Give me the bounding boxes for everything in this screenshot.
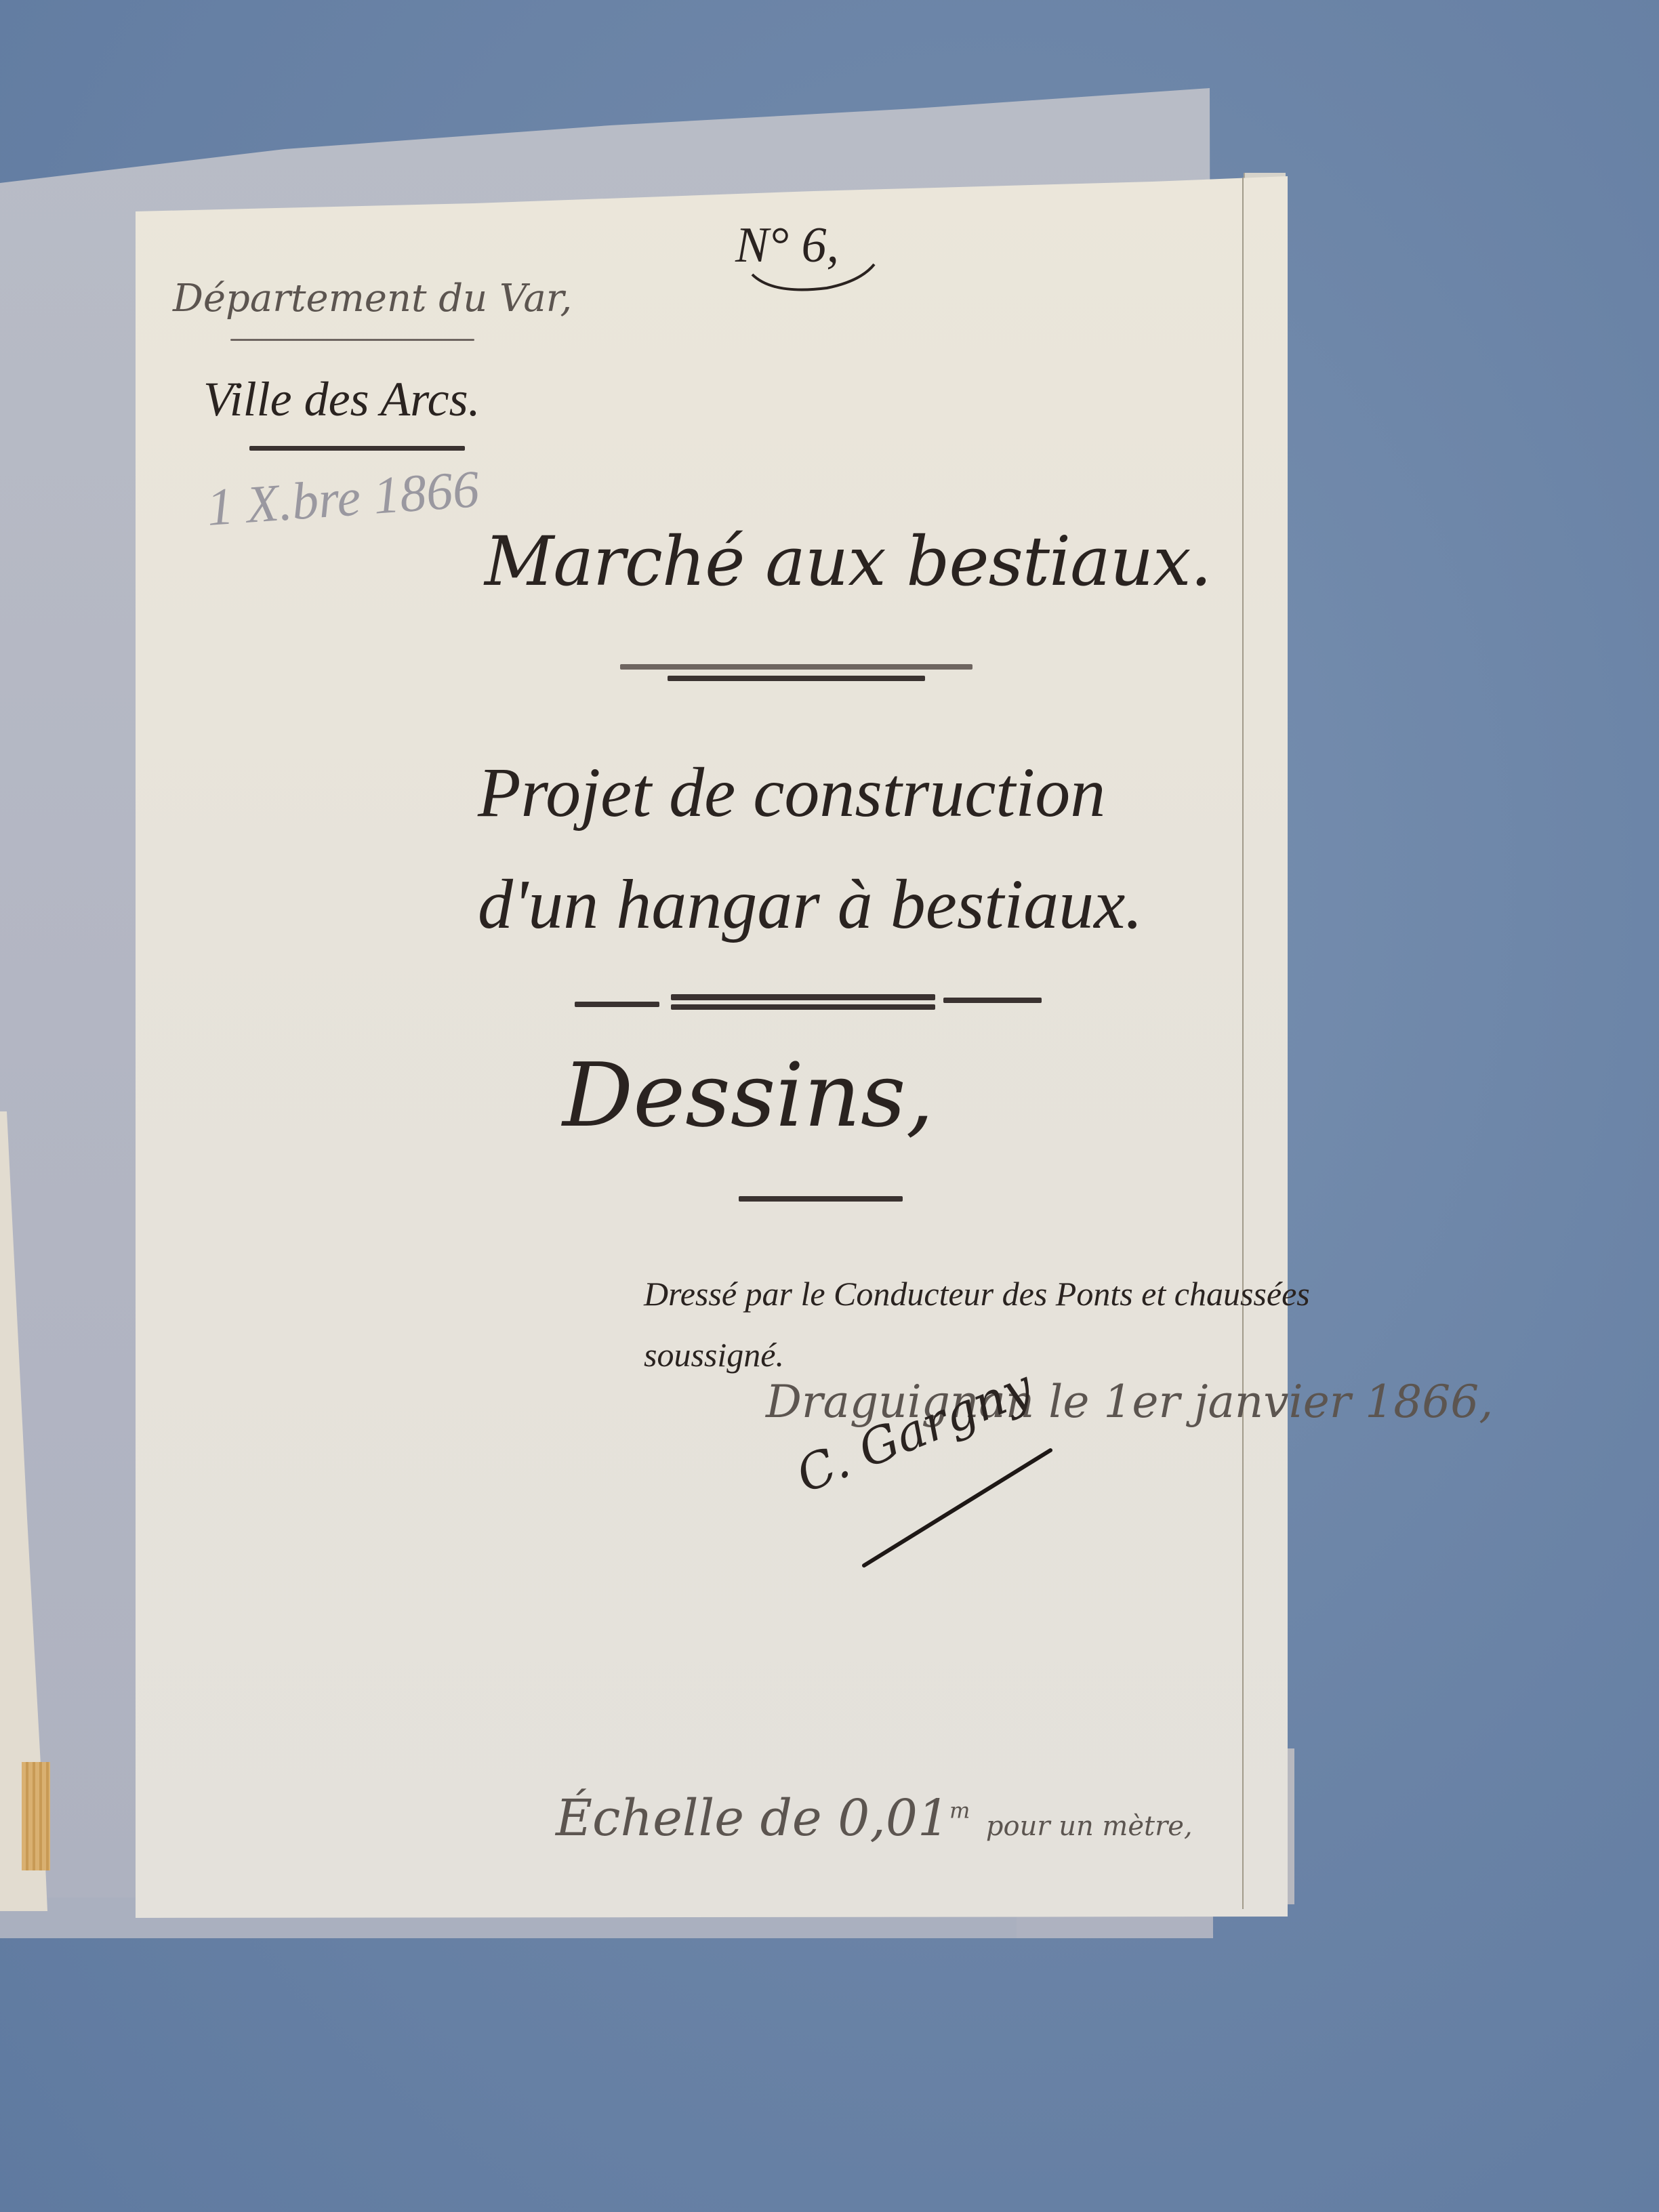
town-underline [249,446,465,451]
department-label: Département du Var, [173,276,572,321]
number-flourish [745,261,881,302]
section-underline [739,1196,903,1202]
department-underline [230,339,474,341]
subtitle-rule-right [943,998,1042,1003]
subtitle-rule-left [575,1002,659,1007]
project-subtitle-line1: Projet de construction [478,752,1105,833]
scale-note: Échelle de 0,01m pour un mètre, [556,1789,1193,1847]
section-heading-drawings: Dessins, [562,1044,934,1147]
document-title: Marché aux bestiaux. [485,522,1211,601]
scale-suffix: pour un mètre, [986,1811,1193,1842]
scale-prefix: Échelle de [556,1789,822,1847]
town-label: Ville des Arcs. [203,371,480,428]
attribution-line1: Dressé par le Conducteur des Ponts et ch… [644,1274,1310,1313]
title-rule-lower [668,676,925,681]
scale-value: 0,01 [838,1789,949,1847]
attribution-line2: soussigné. [644,1335,784,1374]
photo-scene: N° 6, Département du Var, Ville des Arcs… [0,0,1659,2212]
subtitle-rule-center-lower [671,1004,935,1010]
sheet-fold-line [1242,178,1244,1909]
subtitle-rule-center-upper [671,994,935,1000]
scale-unit: m [949,1797,970,1823]
signature-flourish [861,1437,1064,1572]
page-stack-edge [22,1762,50,1870]
title-rule-upper [620,664,972,670]
project-subtitle-line2: d'un hangar à bestiaux. [478,864,1143,945]
